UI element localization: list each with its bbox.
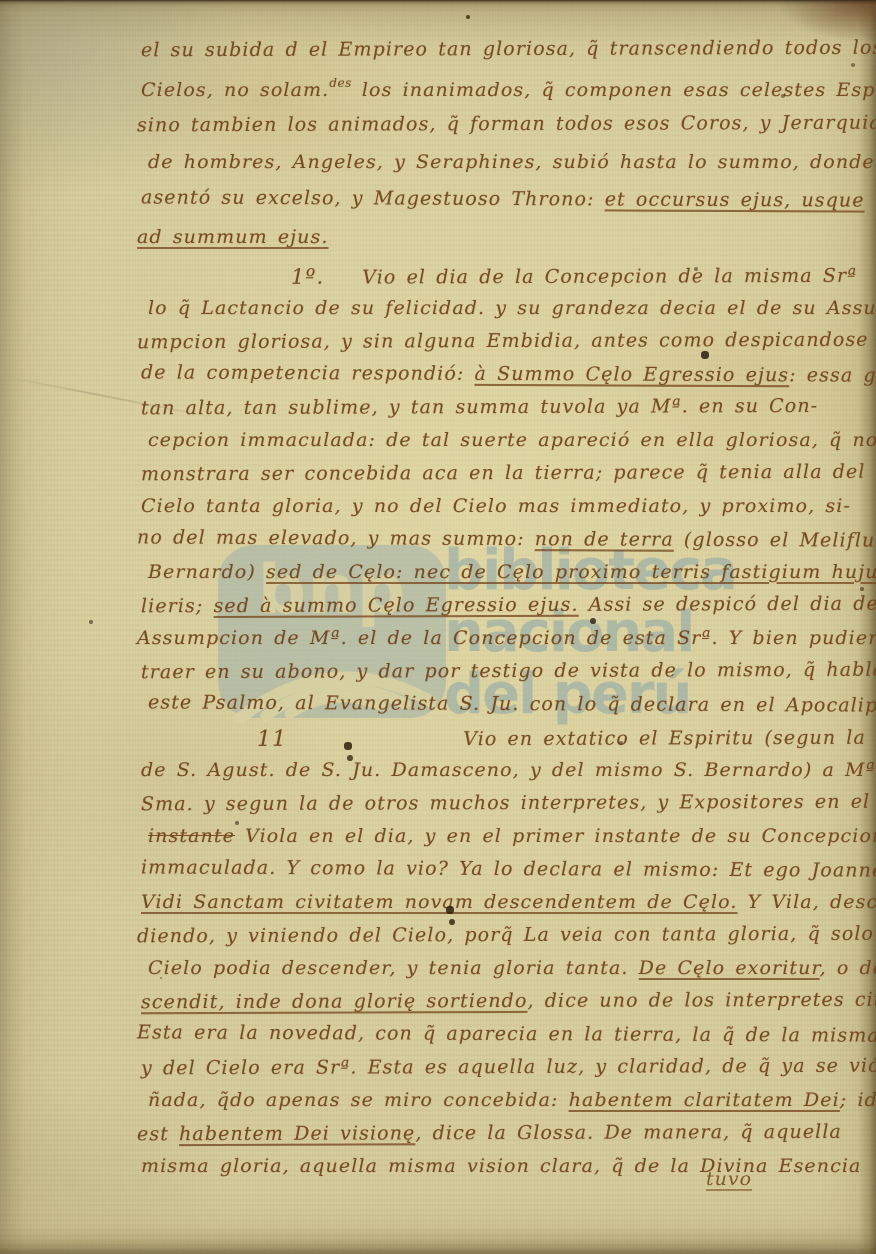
- manuscript-lines: el su subida d el Empireo tan gloriosa, …: [141, 38, 871, 1188]
- manuscript-line: monstrara ser concebida aca en la tierra…: [141, 460, 871, 496]
- manuscript-line: sino tambien los animados, q̃ forman tod…: [137, 112, 871, 152]
- catchword-text: tuvo: [706, 1168, 752, 1190]
- manuscript-line: Bernardo) sed de Cęlo: nec de Cęlo proxi…: [148, 561, 871, 594]
- manuscript-line: misma gloria, aquella misma vision clara…: [141, 1155, 871, 1188]
- manuscript-line: de S. Agust. de S. Ju. Damasceno, y del …: [141, 759, 871, 792]
- manuscript-line: asentó su excelso, y Magestuoso Throno: …: [141, 187, 871, 228]
- manuscript-line: no del mas elevado, y mas summo: non de …: [137, 526, 871, 562]
- manuscript-line: de la competencia respondió: à Summo Cęl…: [141, 361, 871, 397]
- manuscript-line: Sma. y segun la de otros muchos interpre…: [141, 790, 871, 826]
- manuscript-line: traer en su abono, y dar por testigo de …: [141, 658, 871, 694]
- manuscript-line: ad summum ejus.: [137, 226, 871, 264]
- manuscript-line: Vidi Sanctam civitatem novam descendente…: [141, 891, 871, 924]
- manuscript-line: diendo, y viniendo del Cielo, porq̃ La v…: [137, 922, 871, 958]
- manuscript-line: Assumpcion de Mª. el de la Concepcion de…: [137, 627, 871, 660]
- manuscript-line: ñada, q̃do apenas se miro concebida: hab…: [148, 1089, 871, 1122]
- manuscript-line: este Psalmo, al Evangelista S. Ju. con l…: [148, 691, 871, 727]
- manuscript-line: el su subida d el Empireo tan gloriosa, …: [141, 37, 871, 77]
- ink-specks: [0, 0, 2, 2]
- manuscript-line: Esta era la novedad, con q̃ aparecia en …: [137, 1021, 871, 1057]
- manuscript-scan-page: bnp biblioteca nacional del perú el su s…: [0, 0, 876, 1254]
- manuscript-line: 1º.Vio el dia de la Concepcion de la mis…: [141, 262, 871, 298]
- manuscript-line: immaculada. Y como la vio? Ya lo declara…: [141, 856, 871, 892]
- manuscript-line: umpcion gloriosa, y sin alguna Embidia, …: [137, 328, 871, 364]
- manuscript-line: y del Cielo era Srª. Esta es aquella luz…: [141, 1054, 871, 1090]
- manuscript-line: de hombres, Angeles, y Seraphines, subió…: [148, 151, 871, 189]
- catchword: tuvo: [706, 1168, 752, 1190]
- manuscript-line: Cielos, no solam.des los inanimados, q̃ …: [141, 76, 871, 114]
- manuscript-line: tan alta, tan sublime, y tan summa tuvol…: [141, 394, 871, 430]
- manuscript-line: scendit, inde dona glorię sortiendo, dic…: [141, 988, 871, 1024]
- manuscript-line: lieris; sed à summo Cęlo Egressio ejus. …: [141, 592, 871, 628]
- manuscript-line: instante Viola en el dia, y en el primer…: [148, 825, 871, 858]
- manuscript-line: lo q̃ Lactancio de su felicidad. y su gr…: [148, 297, 871, 330]
- manuscript-line: 11Vio en extatico el Espiritu (segun la …: [137, 724, 871, 760]
- manuscript-line: est habentem Dei visionę, dice la Glossa…: [137, 1120, 871, 1156]
- manuscript-line: Cielo tanta gloria, y no del Cielo mas i…: [141, 495, 871, 528]
- manuscript-line: Cielo podia descender, y tenia gloria ta…: [148, 957, 871, 990]
- manuscript-line: cepcion immaculada: de tal suerte aparec…: [148, 429, 871, 462]
